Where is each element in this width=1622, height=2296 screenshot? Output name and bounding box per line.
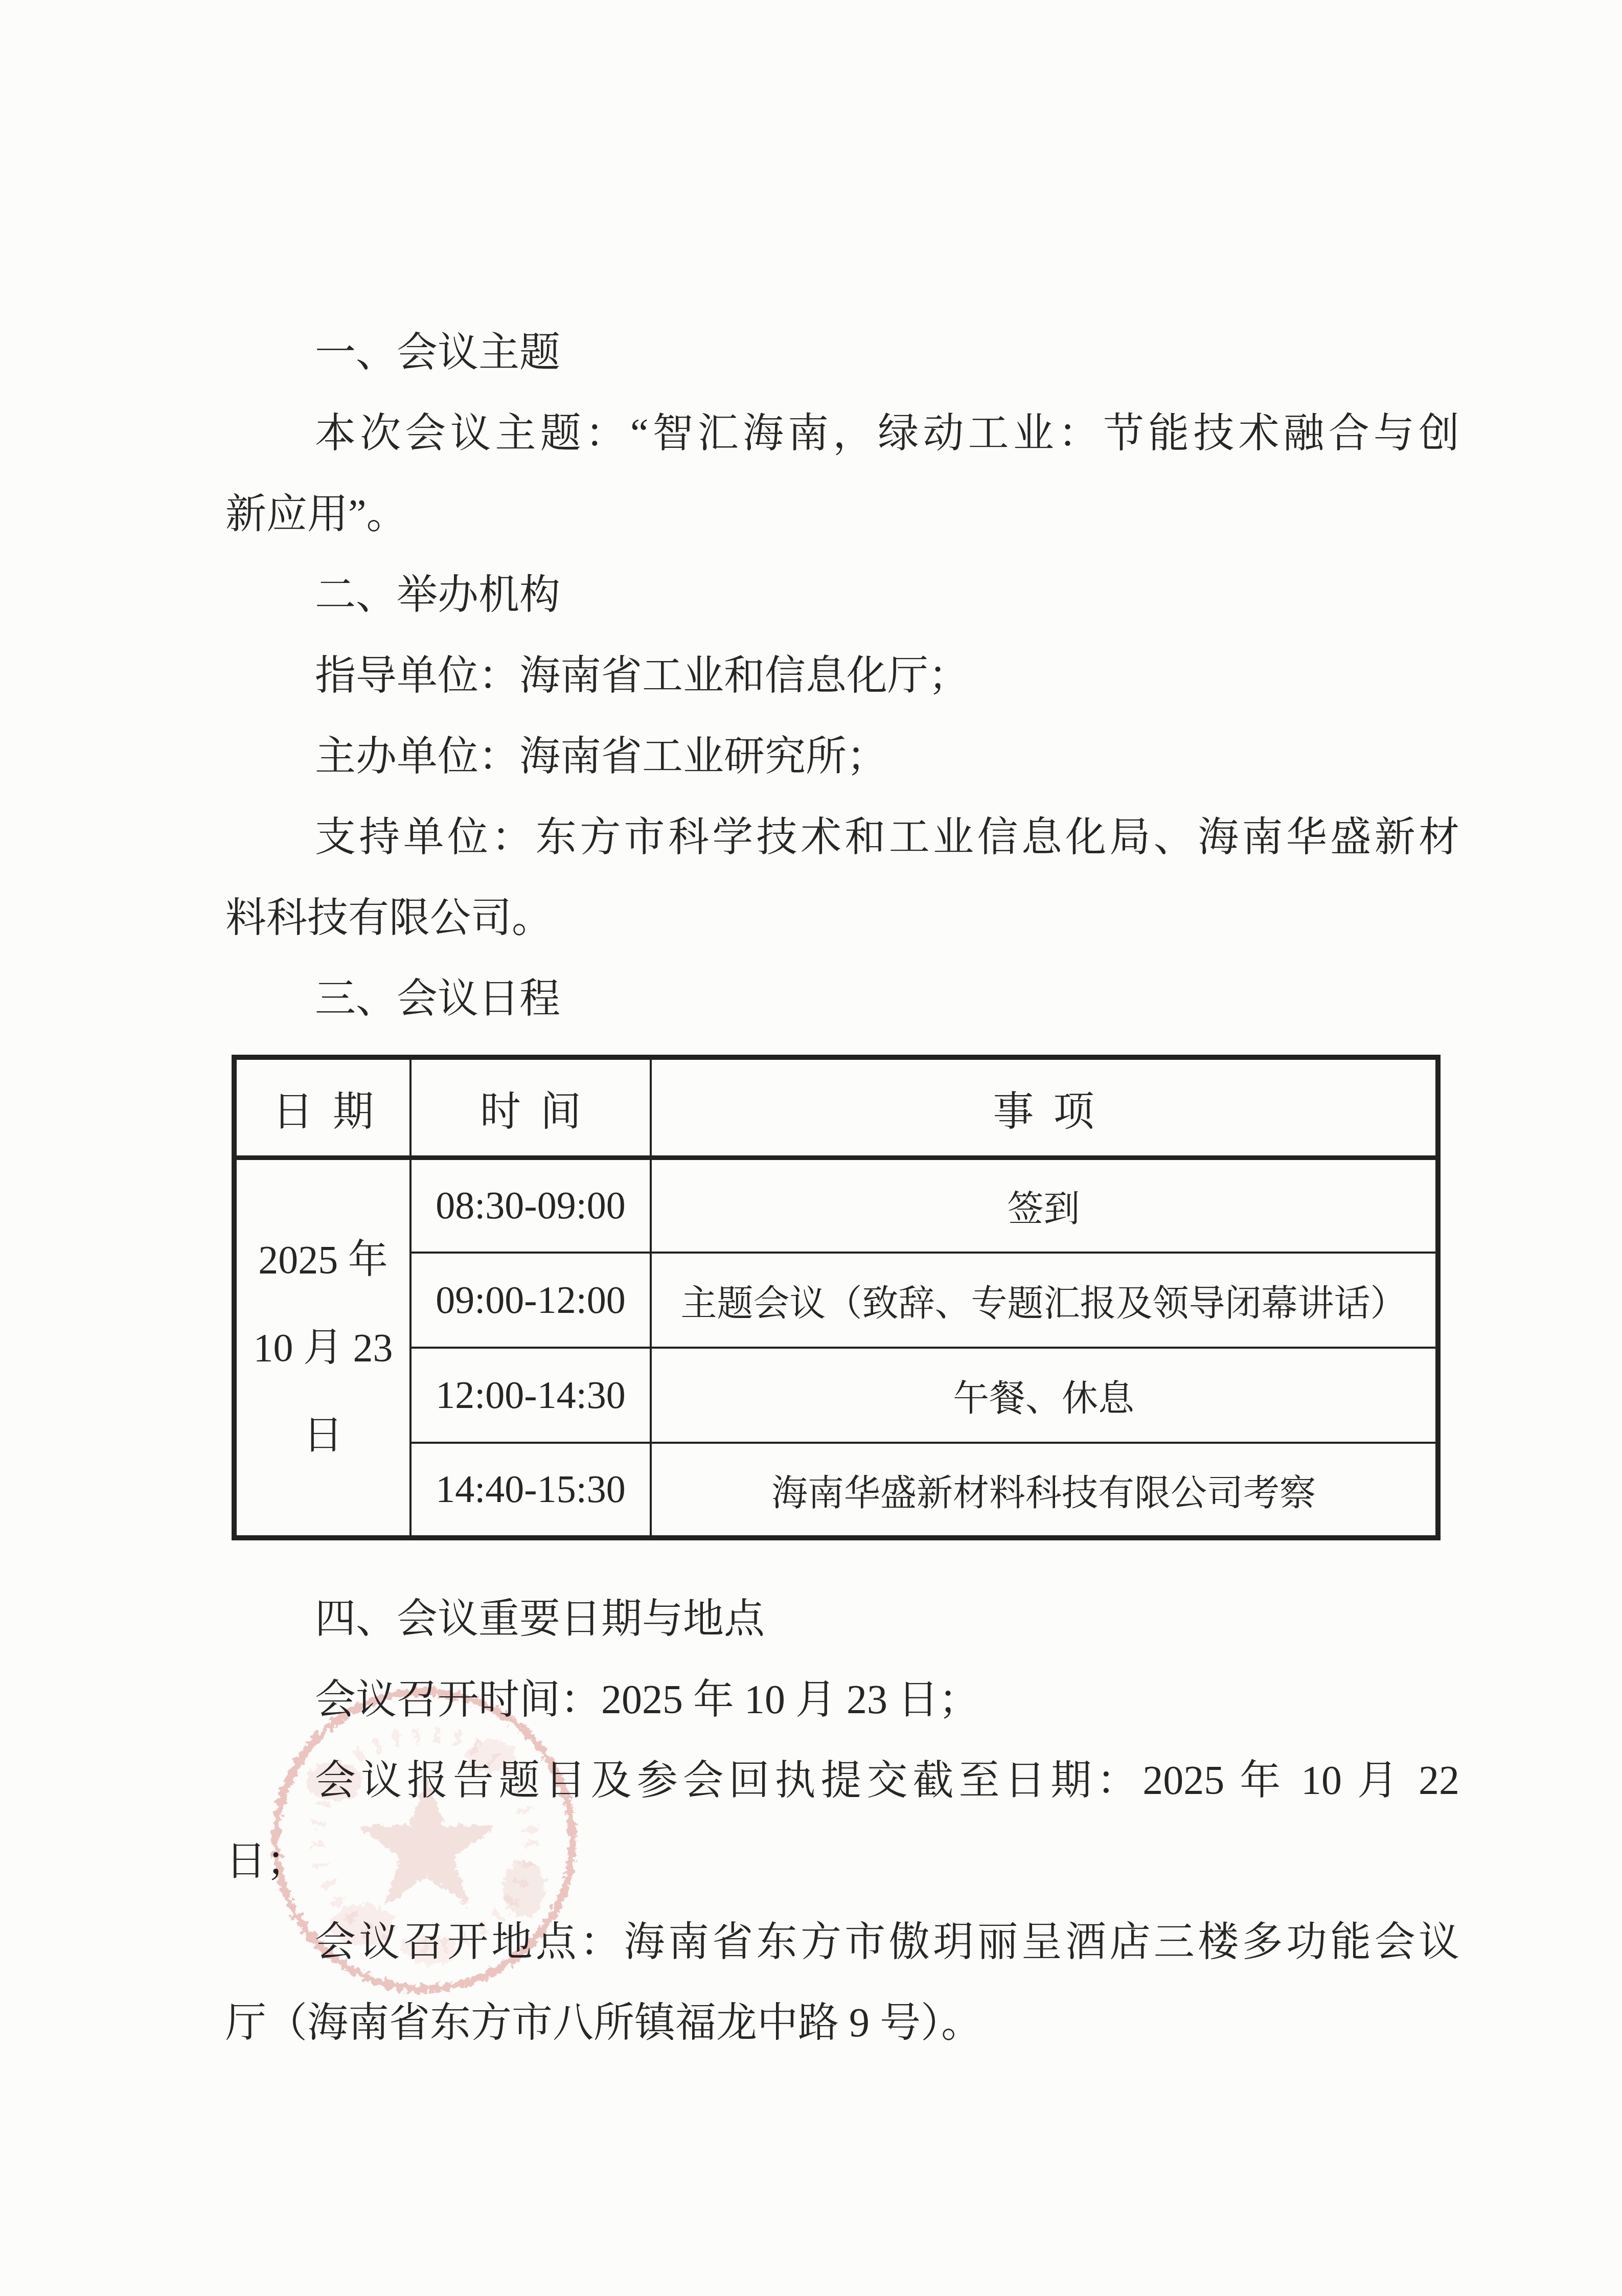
meeting-time-line: 会议召开时间：2025 年 10 月 23 日； [225,1660,1459,1740]
section-heading-4: 四、会议重要日期与地点 [225,1579,1459,1660]
deadline-line-2: 日； [225,1821,1459,1902]
item-cell: 签到 [651,1157,1438,1253]
document-body: 一、会议主题 本次会议主题：“智汇海南，绿动工业：节能技术融合与创 新应用”。 … [225,312,1459,2063]
support-unit-line-1: 支持单位：东方市科学技术和工业信息化局、海南华盛新材 [225,797,1459,878]
table-row: 09:00-12:00 主题会议（致辞、专题汇报及领导闭幕讲话） [234,1253,1438,1348]
section-heading-3: 三、会议日程 [225,959,1459,1039]
date-line: 10 月 23 [237,1304,409,1392]
col-header-date: 日期 [234,1057,410,1157]
time-cell: 12:00-14:30 [410,1348,651,1443]
date-line: 2025 年 [237,1216,409,1304]
table-row: 2025 年 10 月 23 日 08:30-09:00 签到 [234,1157,1438,1253]
section-heading-1: 一、会议主题 [225,312,1459,393]
guidance-unit-line: 指导单位：海南省工业和信息化厅； [225,635,1459,716]
location-line-2: 厅（海南省东方市八所镇福龙中路 9 号）。 [225,1983,1459,2063]
col-header-item: 事项 [651,1057,1438,1157]
time-cell: 09:00-12:00 [410,1253,651,1348]
item-cell: 午餐、休息 [651,1348,1438,1443]
table-row: 14:40-15:30 海南华盛新材料科技有限公司考察 [234,1443,1438,1538]
item-cell: 海南华盛新材料科技有限公司考察 [651,1443,1438,1538]
theme-paragraph-line-1: 本次会议主题：“智汇海南，绿动工业：节能技术融合与创 [225,393,1459,474]
deadline-line-1: 会议报告题目及参会回执提交截至日期：2025 年 10 月 22 [225,1740,1459,1821]
section-heading-2: 二、举办机构 [225,555,1459,635]
theme-paragraph-line-2: 新应用”。 [225,474,1459,555]
date-line: 日 [237,1392,409,1480]
table-row: 12:00-14:30 午餐、休息 [234,1348,1438,1443]
dates-and-location-section: 四、会议重要日期与地点 会议召开时间：2025 年 10 月 23 日； 会议报… [225,1579,1459,2063]
time-cell: 08:30-09:00 [410,1157,651,1253]
support-unit-line-2: 料科技有限公司。 [225,878,1459,959]
meeting-agenda-table: 日期 时间 事项 2025 年 10 月 23 日 08:30-09:00 签到… [232,1055,1441,1540]
document-page: 一、会议主题 本次会议主题：“智汇海南，绿动工业：节能技术融合与创 新应用”。 … [0,0,1622,2296]
col-header-time: 时间 [410,1057,651,1157]
location-line-1: 会议召开地点：海南省东方市傲玥丽呈酒店三楼多功能会议 [225,1902,1459,1983]
item-cell: 主题会议（致辞、专题汇报及领导闭幕讲话） [651,1253,1438,1348]
time-cell: 14:40-15:30 [410,1443,651,1538]
table-header-row: 日期 时间 事项 [234,1057,1438,1157]
host-unit-line: 主办单位：海南省工业研究所； [225,716,1459,797]
date-cell: 2025 年 10 月 23 日 [234,1157,410,1538]
